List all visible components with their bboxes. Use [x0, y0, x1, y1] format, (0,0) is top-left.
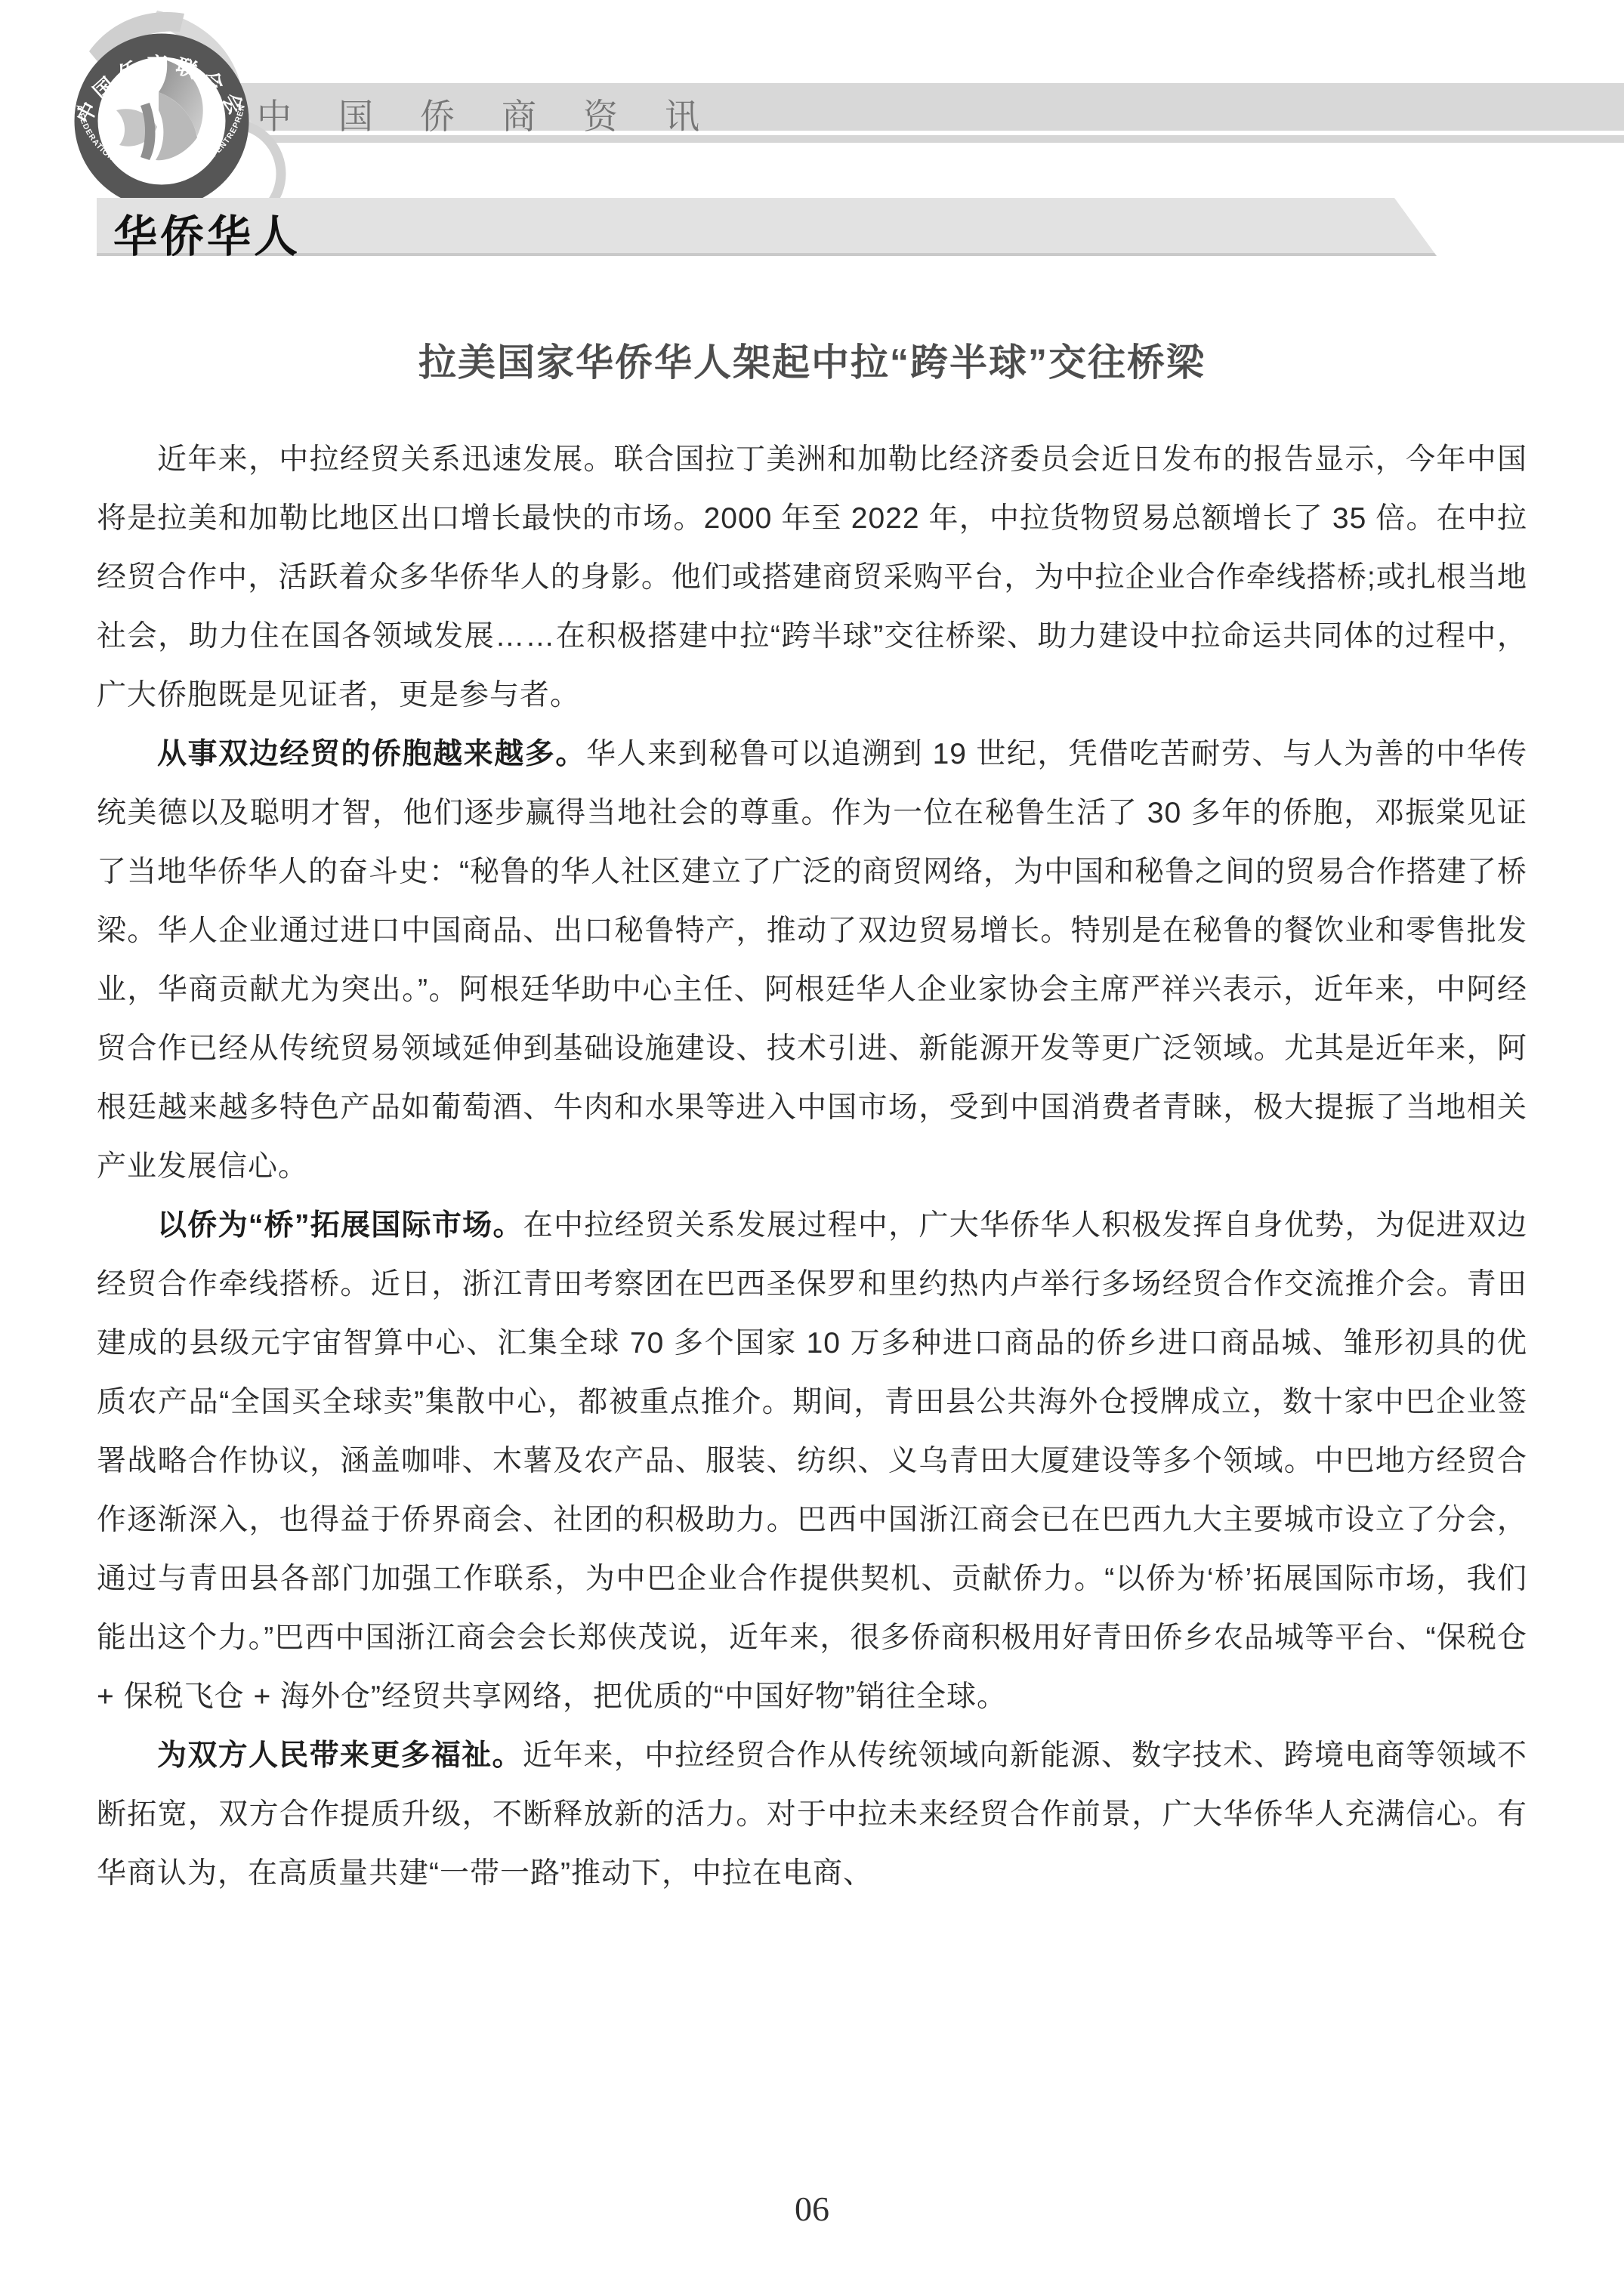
article-title: 拉美国家华侨华人架起中拉“跨半球”交往桥梁	[97, 332, 1527, 387]
masthead-stripe	[224, 135, 1624, 143]
masthead-bar: 中国侨商资讯	[213, 83, 1624, 131]
page-number: 06	[0, 2189, 1624, 2229]
paragraph-2-lead: 从事双边经贸的侨胞越来越多。	[157, 738, 586, 770]
paragraph-3-lead: 以侨为“桥”拓展国际市场。	[157, 1209, 523, 1242]
paragraph-4-lead: 为双方人民带来更多福祉。	[157, 1739, 523, 1772]
article: 拉美国家华侨华人架起中拉“跨半球”交往桥梁 近年来，中拉经贸关系迅速发展。联合国…	[97, 332, 1527, 1903]
paragraph-2: 从事双边经贸的侨胞越来越多。华人来到秘鲁可以追溯到 19 世纪，凭借吃苦耐劳、与…	[97, 725, 1527, 1196]
paragraph-1-text: 近年来，中拉经贸关系迅速发展。联合国拉丁美洲和加勒比经济委员会近日发布的报告显示…	[97, 443, 1527, 711]
paragraph-3-text: 在中拉经贸关系发展过程中，广大华侨华人积极发挥自身优势，为促进双边经贸合作牵线搭…	[97, 1209, 1527, 1713]
paragraph-2-text: 华人来到秘鲁可以追溯到 19 世纪，凭借吃苦耐劳、与人为善的中华传统美德以及聪明…	[97, 738, 1527, 1183]
masthead-title: 中国侨商资讯	[257, 89, 746, 139]
paragraph-1: 近年来，中拉经贸关系迅速发展。联合国拉丁美洲和加勒比经济委员会近日发布的报告显示…	[97, 431, 1527, 725]
paragraph-3: 以侨为“桥”拓展国际市场。在中拉经贸关系发展过程中，广大华侨华人积极发挥自身优势…	[97, 1196, 1527, 1727]
paragraph-4: 为双方人民带来更多福祉。近年来，中拉经贸合作从传统领域向新能源、数字技术、跨境电…	[97, 1727, 1527, 1903]
section-title: 华侨华人	[113, 201, 301, 264]
section-banner: 华侨华人	[97, 198, 1437, 256]
article-body: 近年来，中拉经贸关系迅速发展。联合国拉丁美洲和加勒比经济委员会近日发布的报告显示…	[97, 431, 1527, 1903]
